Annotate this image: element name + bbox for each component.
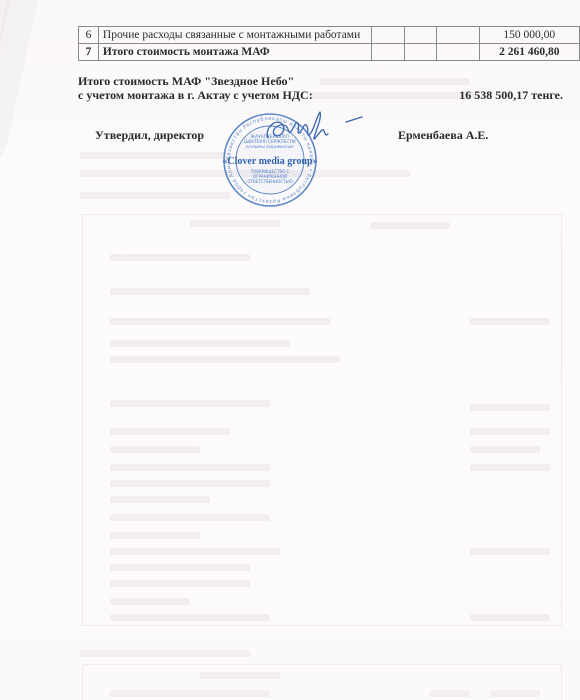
signature-icon [262,108,372,148]
row-description: Итого стоимость монтажа МАФ [98,44,371,61]
grand-total-amount: 16 538 500,17 тенге. [459,88,563,102]
page-fold-shadow [0,0,40,700]
row-col1 [372,27,404,44]
summary-line-1: Итого стоимость МАФ "Звездное Небо" [78,74,563,88]
row-amount: 2 261 460,80 [479,44,580,61]
approved-by-label: Утвердил, директор [95,128,204,143]
row-col1 [372,44,404,61]
grand-total-summary: Итого стоимость МАФ "Звездное Небо" с уч… [78,74,563,102]
table-row: 6 Прочие расходы связанные с монтажными … [79,27,580,44]
row-amount: 150 000,00 [479,27,580,44]
signer-name: Ерменбаева А.Е. [398,128,488,143]
row-col3 [436,27,479,44]
row-col2 [404,44,436,61]
row-number: 6 [79,27,99,44]
cost-table: 6 Прочие расходы связанные с монтажными … [78,26,580,61]
stamp-company-name: «Clover media group» [222,156,317,167]
scanned-page: 6 Прочие расходы связанные с монтажными … [0,0,580,700]
row-col3 [436,44,479,61]
table-row-total: 7 Итого стоимость монтажа МАФ 2 261 460,… [79,44,580,61]
row-col2 [404,27,436,44]
row-description: Прочие расходы связанные с монтажными ра… [98,27,371,44]
svg-text:ОТВЕТСТВЕННОСТЬЮ: ОТВЕТСТВЕННОСТЬЮ [247,179,293,184]
show-through-background [0,0,580,700]
summary-label: с учетом монтажа в г. Актау с учетом НДС… [78,88,313,102]
summary-line-2: с учетом монтажа в г. Актау с учетом НДС… [78,88,563,102]
row-number: 7 [79,44,99,61]
